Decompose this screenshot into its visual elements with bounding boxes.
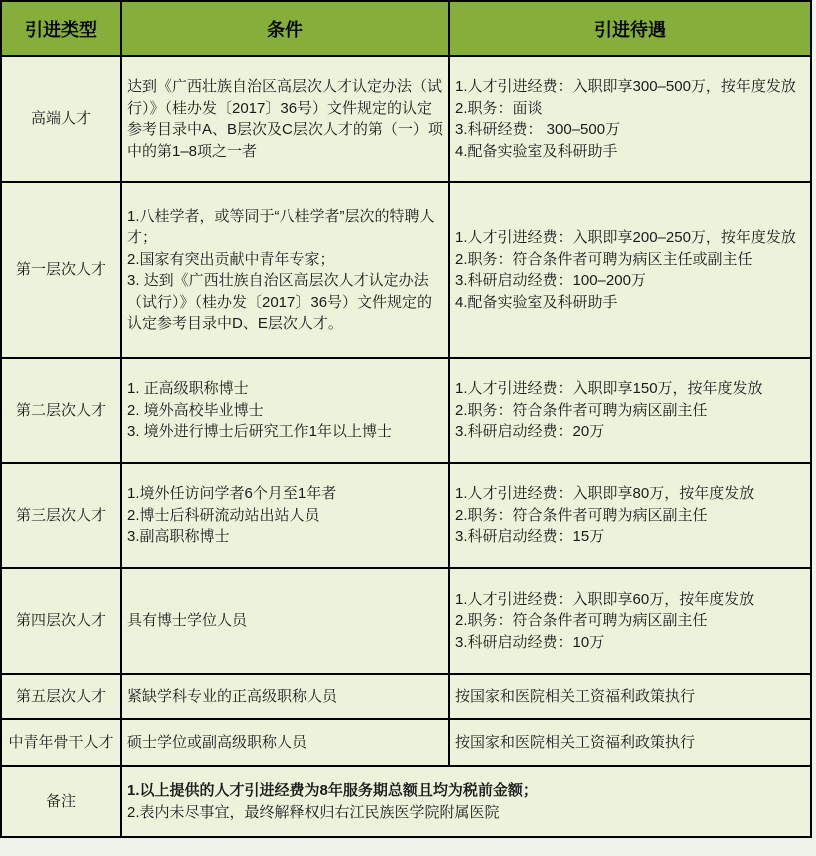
condition-line: 具有博士学位人员: [127, 610, 444, 632]
table-row: 中青年骨干人才硕士学位或副高级职称人员按国家和医院相关工资福利政策执行: [1, 719, 811, 766]
benefit-line: 按国家和医院相关工资福利政策执行: [455, 686, 806, 708]
header-benefits: 引进待遇: [449, 1, 811, 56]
benefit-line: 1.人才引进经费：入职即享200–250万，按年度发放: [455, 227, 806, 249]
condition-line: 1. 正高级职称博士: [127, 378, 444, 400]
condition-line: 2.博士后科研流动站出站人员: [127, 505, 444, 527]
conditions-cell: 达到《广西壮族自治区高层次人才认定办法（试行）》（桂办发〔2017〕36号）文件…: [121, 56, 449, 182]
condition-line: 3. 达到《广西壮族自治区高层次人才认定办法（试行）》（桂办发〔2017〕36号…: [127, 270, 444, 335]
benefit-line: 2.职务：符合条件者可聘为病区主任或副主任: [455, 249, 806, 271]
table-row: 第二层次人才1. 正高级职称博士2. 境外高校毕业博士3. 境外进行博士后研究工…: [1, 358, 811, 463]
table-row: 第五层次人才紧缺学科专业的正高级职称人员按国家和医院相关工资福利政策执行: [1, 674, 811, 719]
benefit-line: 2.职务：符合条件者可聘为病区副主任: [455, 400, 806, 422]
conditions-cell: 1.八桂学者，或等同于“八桂学者”层次的特聘人才；2.国家有突出贡献中青年专家；…: [121, 182, 449, 358]
condition-line: 3. 境外进行博士后研究工作1年以上博士: [127, 421, 444, 443]
benefits-cell: 1.人才引进经费：入职即享150万，按年度发放2.职务：符合条件者可聘为病区副主…: [449, 358, 811, 463]
benefits-cell: 按国家和医院相关工资福利政策执行: [449, 719, 811, 766]
recruitment-type-cell: 第四层次人才: [1, 568, 121, 674]
condition-line: 紧缺学科专业的正高级职称人员: [127, 686, 444, 708]
recruitment-type-cell: 第五层次人才: [1, 674, 121, 719]
header-recruitment-type: 引进类型: [1, 1, 121, 56]
benefits-cell: 1.人才引进经费：入职即享200–250万，按年度发放2.职务：符合条件者可聘为…: [449, 182, 811, 358]
benefit-line: 2.职务：符合条件者可聘为病区副主任: [455, 610, 806, 632]
conditions-cell: 1. 正高级职称博士2. 境外高校毕业博士3. 境外进行博士后研究工作1年以上博…: [121, 358, 449, 463]
benefit-line: 4.配备实验室及科研助手: [455, 292, 806, 314]
recruitment-type-cell: 中青年骨干人才: [1, 719, 121, 766]
benefit-line: 1.人才引进经费：入职即享60万，按年度发放: [455, 589, 806, 611]
benefits-cell: 1.人才引进经费：入职即享60万，按年度发放2.职务：符合条件者可聘为病区副主任…: [449, 568, 811, 674]
remark-line: 2.表内未尽事宜，最终解释权归右江民族医学院附属医院: [127, 802, 806, 824]
recruitment-type-cell: 备注: [1, 766, 121, 837]
conditions-cell: 紧缺学科专业的正高级职称人员: [121, 674, 449, 719]
benefit-line: 3.科研启动经费：15万: [455, 526, 806, 548]
benefit-line: 3.科研经费： 300–500万: [455, 119, 806, 141]
benefits-cell: 1.人才引进经费：入职即享80万，按年度发放2.职务：符合条件者可聘为病区副主任…: [449, 463, 811, 568]
recruitment-type-cell: 第二层次人才: [1, 358, 121, 463]
table-row: 备注1.以上提供的人才引进经费为8年服务期总额且均为税前金额；2.表内未尽事宜，…: [1, 766, 811, 837]
talent-recruitment-table: 引进类型 条件 引进待遇 高端人才达到《广西壮族自治区高层次人才认定办法（试行）…: [0, 0, 812, 838]
recruitment-type-cell: 高端人才: [1, 56, 121, 182]
benefit-line: 3.科研启动经费：10万: [455, 632, 806, 654]
table-row: 第四层次人才具有博士学位人员1.人才引进经费：入职即享60万，按年度发放2.职务…: [1, 568, 811, 674]
benefit-line: 1.人才引进经费：入职即享80万，按年度发放: [455, 483, 806, 505]
benefit-line: 按国家和医院相关工资福利政策执行: [455, 732, 806, 754]
benefit-line: 1.人才引进经费：入职即享150万，按年度发放: [455, 378, 806, 400]
benefit-line: 1.人才引进经费：入职即享300–500万，按年度发放: [455, 76, 806, 98]
table-header: 引进类型 条件 引进待遇: [1, 1, 811, 56]
condition-line: 硕士学位或副高级职称人员: [127, 732, 444, 754]
page: 引进类型 条件 引进待遇 高端人才达到《广西壮族自治区高层次人才认定办法（试行）…: [0, 0, 816, 838]
header-conditions: 条件: [121, 1, 449, 56]
benefits-cell: 1.人才引进经费：入职即享300–500万，按年度发放2.职务：面谈3.科研经费…: [449, 56, 811, 182]
conditions-cell: 硕士学位或副高级职称人员: [121, 719, 449, 766]
benefit-line: 2.职务：面谈: [455, 98, 806, 120]
recruitment-type-cell: 第三层次人才: [1, 463, 121, 568]
conditions-cell: 具有博士学位人员: [121, 568, 449, 674]
condition-line: 2. 境外高校毕业博士: [127, 400, 444, 422]
condition-line: 1.八桂学者，或等同于“八桂学者”层次的特聘人才；: [127, 206, 444, 249]
table-row: 第一层次人才1.八桂学者，或等同于“八桂学者”层次的特聘人才；2.国家有突出贡献…: [1, 182, 811, 358]
remark-line: 1.以上提供的人才引进经费为8年服务期总额且均为税前金额；: [127, 780, 806, 802]
header-row: 引进类型 条件 引进待遇: [1, 1, 811, 56]
condition-line: 2.国家有突出贡献中青年专家；: [127, 249, 444, 271]
condition-line: 3.副高职称博士: [127, 526, 444, 548]
remark-cell: 1.以上提供的人才引进经费为8年服务期总额且均为税前金额；2.表内未尽事宜，最终…: [121, 766, 811, 837]
benefit-line: 3.科研启动经费：20万: [455, 421, 806, 443]
condition-line: 达到《广西壮族自治区高层次人才认定办法（试行）》（桂办发〔2017〕36号）文件…: [127, 76, 444, 162]
benefit-line: 4.配备实验室及科研助手: [455, 141, 806, 163]
conditions-cell: 1.境外任访问学者6个月至1年者2.博士后科研流动站出站人员3.副高职称博士: [121, 463, 449, 568]
condition-line: 1.境外任访问学者6个月至1年者: [127, 483, 444, 505]
benefits-cell: 按国家和医院相关工资福利政策执行: [449, 674, 811, 719]
table-row: 高端人才达到《广西壮族自治区高层次人才认定办法（试行）》（桂办发〔2017〕36…: [1, 56, 811, 182]
recruitment-type-cell: 第一层次人才: [1, 182, 121, 358]
table-row: 第三层次人才1.境外任访问学者6个月至1年者2.博士后科研流动站出站人员3.副高…: [1, 463, 811, 568]
benefit-line: 3.科研启动经费：100–200万: [455, 270, 806, 292]
benefit-line: 2.职务：符合条件者可聘为病区副主任: [455, 505, 806, 527]
table-body: 高端人才达到《广西壮族自治区高层次人才认定办法（试行）》（桂办发〔2017〕36…: [1, 56, 811, 837]
